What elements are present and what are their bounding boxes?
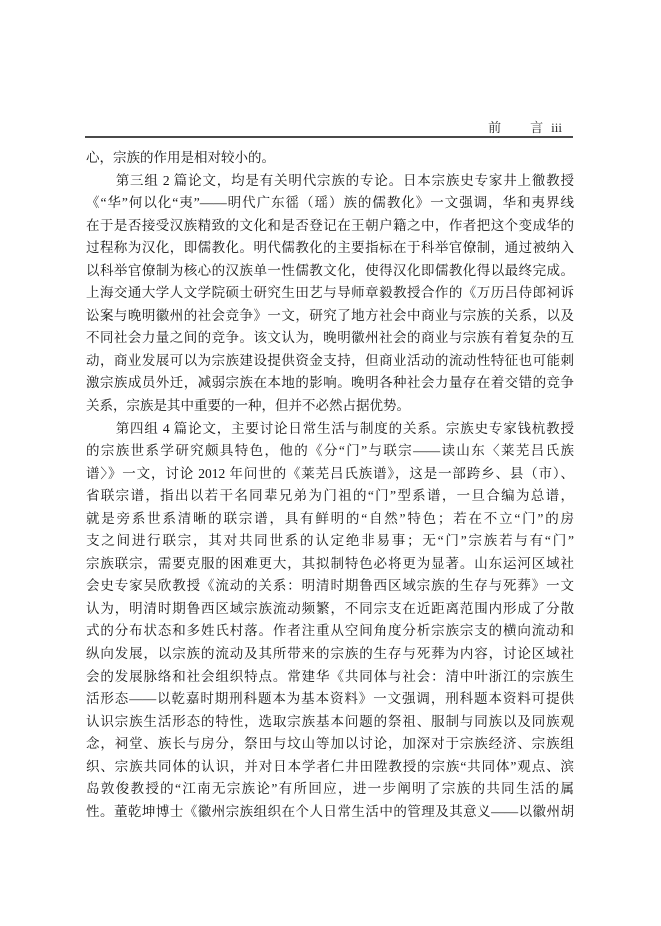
text-line: 就是旁系世系清晰的联宗谱，具有鲜明的“自然”特色；若在不立“门”的房 — [86, 508, 574, 531]
text-line: 《“华”何以化“夷”——明代广东徭（瑶）族的儒教化》一文强调，华和夷界线 — [86, 192, 574, 215]
text-line: 第三组 2 篇论文，均是有关明代宗族的专论。日本宗族史专家井上徹教授 — [86, 170, 574, 193]
text-line: 支之间进行联宗，其对共同世系的认定绝非易事；无“门”宗族若与有“门” — [86, 530, 574, 553]
text-line: 式的分布状态和多姓氏村落。作者注重从空间角度分析宗族宗支的横向流动和 — [86, 620, 574, 643]
text-line: 以科举官僚制为核心的汉族单一性儒教文化，使得汉化即儒教化得以最终完成。 — [86, 260, 574, 283]
text-line: 不同社会力量之间的竞争。该文认为，晚明徽州社会的商业与宗族有着复杂的互 — [86, 327, 574, 350]
text-line: 会的发展脉络和社会组织特点。常建华《共同体与社会：清中叶浙江的宗族生 — [86, 666, 574, 689]
text-line: 性。董乾坤博士《徽州宗族组织在个人日常生活中的管理及其意义——以徽州胡 — [86, 801, 574, 824]
page-number: iii — [551, 120, 562, 135]
running-header: 前 言iii — [86, 117, 562, 136]
text-line: 活形态——以乾嘉时期刑科题本为基本资料》一文强调，刑科题本资料可提供 — [86, 688, 574, 711]
body-lines: 心，宗族的作用是相对较小的。第三组 2 篇论文，均是有关明代宗族的专论。日本宗族… — [86, 147, 574, 823]
text-line: 的宗族世系学研究颇具特色，他的《分“门”与联宗——读山东〈莱芜吕氏族 — [86, 440, 574, 463]
text-line: 会史专家吴欣教授《流动的关系：明清时期鲁西区域宗族的生存与死葬》一文 — [86, 575, 574, 598]
text-line: 第四组 4 篇论文，主要讨论日常生活与制度的关系。宗族史专家钱杭教授 — [86, 418, 574, 441]
text-line: 念，祠堂、族长与房分，祭田与坟山等加以讨论，加深对于宗族经济、宗族组 — [86, 733, 574, 756]
text-line: 纵向发展，以宗族的流动及其所带来的宗族的生存与死葬为内容，讨论区域社 — [86, 643, 574, 666]
scanned-book-page: 前 言iii 心，宗族的作用是相对较小的。第三组 2 篇论文，均是有关明代宗族的… — [0, 0, 661, 926]
text-line: 岛敦俊教授的“江南无宗族论”有所回应，进一步阐明了宗族的共同生活的属 — [86, 778, 574, 801]
text-line: 宗族联宗，需要克服的困难更大，其拟制特色必将更为显著。山东运河区域社 — [86, 553, 574, 576]
text-line: 过程称为汉化，即儒教化。明代儒教化的主要指标在于科举官僚制，通过被纳入 — [86, 237, 574, 260]
text-line: 上海交通大学人文学院硕士研究生田艺与导师章毅教授合作的《万历吕侍郎祠诉 — [86, 282, 574, 305]
text-line: 在于是否接受汉族精致的文化和是否登记在王朝户籍之中，作者把这个变成华的 — [86, 215, 574, 238]
header-rule — [85, 136, 573, 138]
text-line: 讼案与晚明徽州的社会竞争》一文，研究了地方社会中商业与宗族的关系，以及 — [86, 305, 574, 328]
text-line: 心，宗族的作用是相对较小的。 — [86, 147, 574, 170]
text-line: 激宗族成员外迁，减弱宗族在本地的影响。晚明各种社会力量存在着交错的竞争 — [86, 372, 574, 395]
section-title: 前 言 — [488, 120, 544, 135]
text-line: 织、宗族共同体的认识，并对日本学者仁井田陞教授的宗族“共同体”观点、滨 — [86, 756, 574, 779]
text-line: 谱〉》一文，讨论 2012 年问世的《莱芜吕氏族谱》，这是一部跨乡、县（市）、 — [86, 463, 574, 486]
text-line: 省联宗谱，指出以若干名同辈兄弟为门祖的“门”型系谱，一旦合编为总谱， — [86, 485, 574, 508]
text-line: 认识宗族生活形态的特性，选取宗族基本问题的祭祖、服制与同族以及同族观 — [86, 711, 574, 734]
text-line: 认为，明清时期鲁西区域宗族流动频繁，不同宗支在近距离范围内形成了分散 — [86, 598, 574, 621]
text-line: 动，商业发展可以为宗族建设提供资金支持，但商业活动的流动性特征也可能刺 — [86, 350, 574, 373]
text-line: 关系，宗族是其中重要的一种，但并不必然占据优势。 — [86, 395, 574, 418]
